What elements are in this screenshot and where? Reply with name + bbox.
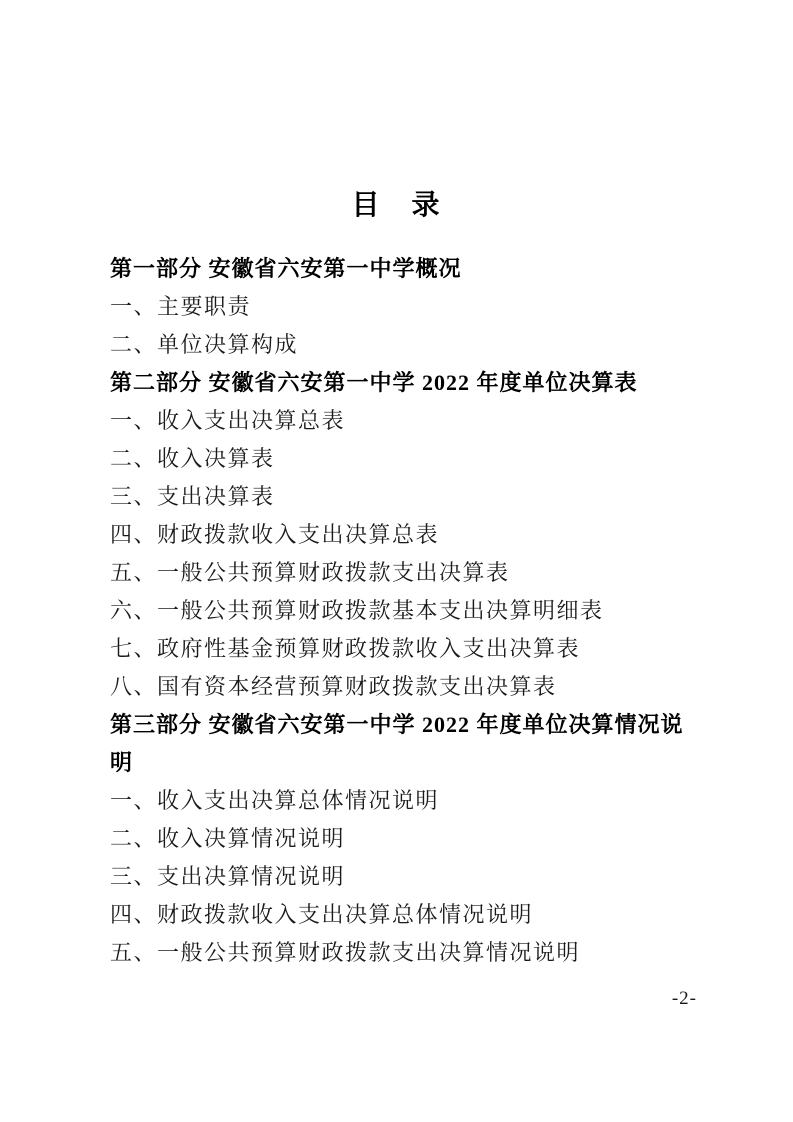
toc-entry: 三、支出决算表	[110, 478, 706, 516]
toc-part-heading: 第一部分 安徽省六安第一中学概况	[110, 250, 706, 288]
toc-entry: 二、单位决算构成	[110, 326, 706, 364]
toc-entry: 一、主要职责	[110, 288, 706, 326]
toc-entry: 七、政府性基金预算财政拨款收入支出决算表	[110, 630, 706, 668]
toc-entry: 六、一般公共预算财政拨款基本支出决算明细表	[110, 592, 706, 630]
page-title: 目 录	[0, 183, 793, 223]
page-number: -2-	[672, 988, 697, 1010]
table-of-contents: 第一部分 安徽省六安第一中学概况 一、主要职责 二、单位决算构成 第二部分 安徽…	[110, 250, 706, 972]
toc-part-heading: 第三部分 安徽省六安第一中学 2022 年度单位决算情况说明	[110, 706, 706, 782]
toc-entry: 一、收入支出决算总体情况说明	[110, 782, 706, 820]
toc-entry: 八、国有资本经营预算财政拨款支出决算表	[110, 668, 706, 706]
toc-entry: 四、财政拨款收入支出决算总表	[110, 516, 706, 554]
toc-entry: 三、支出决算情况说明	[110, 858, 706, 896]
toc-entry: 五、一般公共预算财政拨款支出决算表	[110, 554, 706, 592]
toc-entry: 一、收入支出决算总表	[110, 402, 706, 440]
toc-entry: 五、一般公共预算财政拨款支出决算情况说明	[110, 934, 706, 972]
toc-part-heading: 第二部分 安徽省六安第一中学 2022 年度单位决算表	[110, 364, 706, 402]
document-page: 目 录 第一部分 安徽省六安第一中学概况 一、主要职责 二、单位决算构成 第二部…	[0, 0, 793, 1122]
toc-entry: 四、财政拨款收入支出决算总体情况说明	[110, 896, 706, 934]
toc-entry: 二、收入决算表	[110, 440, 706, 478]
toc-entry: 二、收入决算情况说明	[110, 820, 706, 858]
